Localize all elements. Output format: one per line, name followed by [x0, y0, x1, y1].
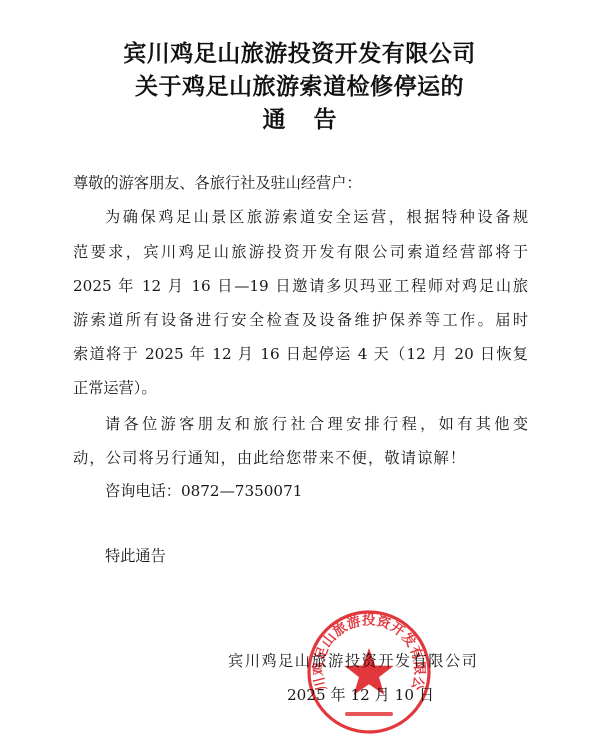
closing-statement: 特此通告	[105, 546, 528, 566]
title-subject: 关于鸡足山旅游索道检修停运的	[0, 68, 599, 101]
star-icon	[344, 648, 393, 695]
title-company: 宾川鸡足山旅游投资开发有限公司	[0, 35, 599, 68]
salutation: 尊敬的游客朋友、各旅行社及驻山经营户：	[73, 173, 362, 193]
paragraph-1-line-6: 正常运营）。	[73, 378, 157, 398]
official-seal: 宾川鸡足山旅游投资开发有限公司	[305, 608, 433, 736]
contact-phone: 咨询电话：0872—7350071	[105, 481, 528, 501]
paragraph-1-line-4: 游索道所有设备进行安全检查及设备维护保养等工作。届时	[73, 310, 528, 330]
title-notice-char-1: 通	[263, 107, 286, 133]
title-notice-char-2: 告	[314, 107, 337, 133]
paragraph-1-line-3: 2025 年 12 月 16 日—19 日邀请多贝玛亚工程师对鸡足山旅	[73, 276, 528, 296]
paragraph-2-line-1: 请各位游客朋友和旅行社合理安排行程，如有其他变	[105, 414, 528, 434]
paragraph-1-line-2: 范要求，宾川鸡足山旅游投资开发有限公司索道经营部将于	[73, 242, 528, 262]
title-notice: 通告	[0, 101, 599, 134]
paragraph-1-line-1: 为确保鸡足山景区旅游索道安全运营，根据特种设备规	[105, 207, 528, 227]
paragraph-1-line-5: 索道将于 2025 年 12 月 16 日起停运 4 天（12 月 20 日恢复	[73, 344, 528, 364]
paragraph-2-line-2: 动，公司将另行通知，由此给您带来不便，敬请谅解！	[73, 448, 466, 468]
